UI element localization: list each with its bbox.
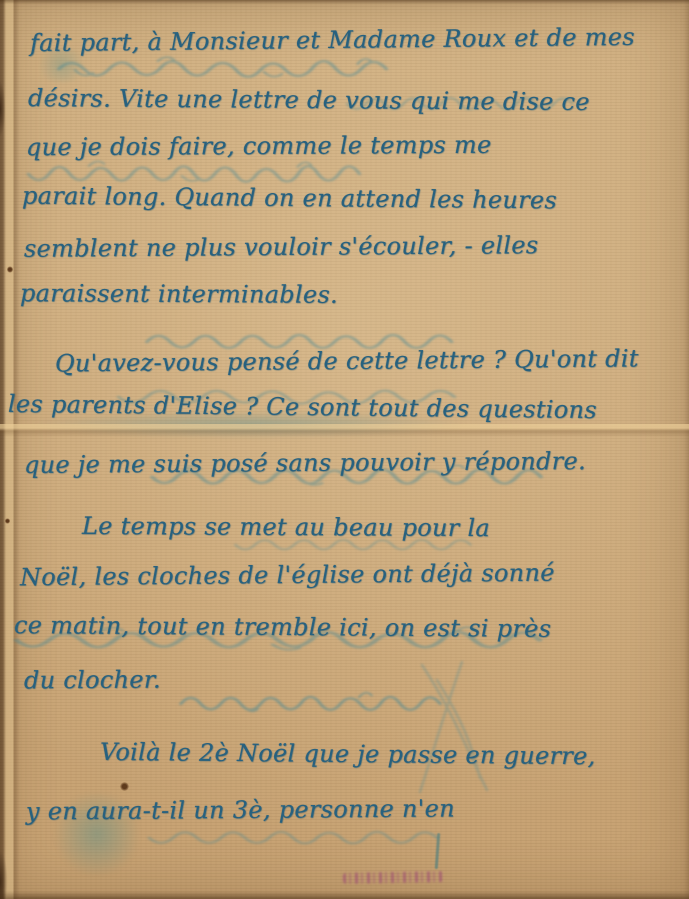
handwritten-line: y en aura-t-il un 3è, personne n'en (26, 795, 455, 826)
handwritten-line: que je dois faire, comme le temps me (26, 131, 492, 161)
paper-edge-bottom (0, 891, 689, 899)
paper-stain (0, 78, 9, 140)
handwritten-line: semblent ne plus vouloir s'écouler, - el… (24, 231, 539, 263)
handwritten-line: Le temps se met au beau pour la (82, 512, 490, 542)
handwritten-line: Noël, les cloches de l'église ont déjà s… (20, 559, 555, 592)
fold-crease-horizontal (0, 424, 689, 437)
handwritten-line: fait part, à Monsieur et Madame Roux et … (30, 23, 635, 57)
faded-purple-stamp (343, 871, 443, 884)
ink-bleedthrough (140, 826, 440, 848)
ink-bleedthrough (158, 690, 443, 714)
paper-stain (0, 842, 11, 899)
handwritten-line: parait long. Quand on en attend les heur… (22, 182, 557, 215)
handwritten-line: Voilà le 2è Noël que je passe en guerre, (100, 738, 596, 770)
ink-bleedthrough (18, 158, 363, 184)
paper-edge-top (0, 0, 689, 4)
paper-stain (120, 782, 129, 791)
ink-bleedthrough (392, 660, 512, 795)
handwritten-line: désirs. Vite une lettre de vous qui me d… (28, 84, 590, 116)
handwritten-line: ce matin, tout en tremble ici, on est si… (14, 611, 551, 643)
handwritten-line: que je me suis posé sans pouvoir y répon… (24, 447, 586, 479)
handwritten-line: paraissent interminables. (20, 279, 338, 309)
handwritten-line: du clocher. (24, 666, 161, 695)
ink-bleedthrough (435, 833, 441, 869)
paper-stain (7, 266, 13, 273)
letter-page: fait part, à Monsieur et Madame Roux et … (0, 0, 689, 899)
handwritten-line: Qu'avez-vous pensé de cette lettre ? Qu'… (55, 344, 639, 377)
paper-stain (5, 518, 10, 524)
